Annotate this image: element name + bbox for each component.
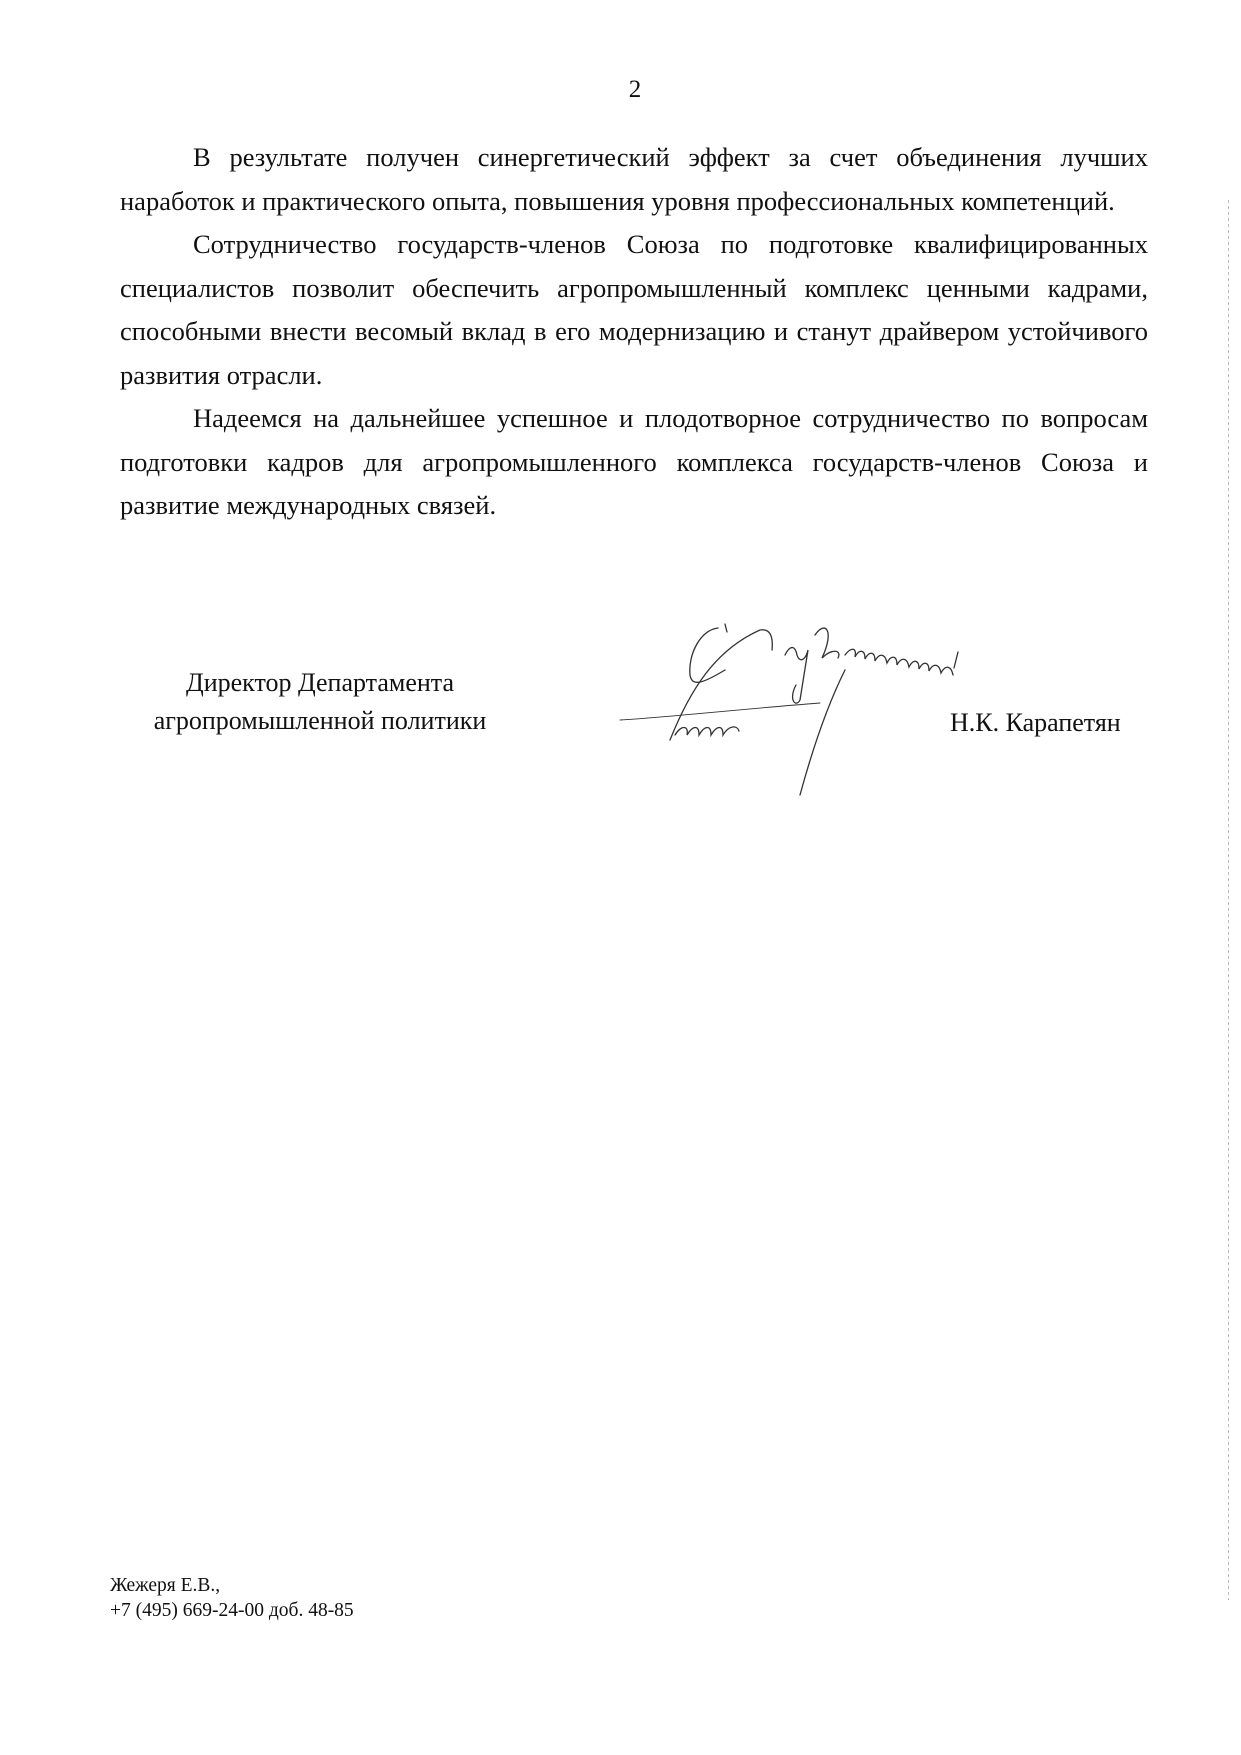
signer-name: Н.К. Карапетян: [950, 708, 1121, 738]
executor-footer: Жежеря Е.В., +7 (495) 669-24-00 доб. 48-…: [110, 1573, 354, 1623]
letter-body: В результате получен синергетический эфф…: [120, 136, 1148, 528]
signer-title: Директор Департамента агропромышленной п…: [120, 664, 520, 740]
executor-phone: +7 (495) 669-24-00 доб. 48-85: [110, 1598, 354, 1623]
scan-edge-artifact: [1228, 200, 1229, 1600]
page-number: 2: [0, 76, 1241, 104]
paragraph-1: В результате получен синергетический эфф…: [120, 136, 1148, 223]
executor-name: Жежеря Е.В.,: [110, 1573, 354, 1598]
handwritten-signature: [600, 600, 1100, 800]
signer-title-line2: агропромышленной политики: [120, 702, 520, 740]
paragraph-3: Надеемся на дальнейшее успешное и плодот…: [120, 397, 1148, 528]
paragraph-2: Сотрудничество государств-членов Союза п…: [120, 223, 1148, 397]
signer-title-line1: Директор Департамента: [120, 664, 520, 702]
